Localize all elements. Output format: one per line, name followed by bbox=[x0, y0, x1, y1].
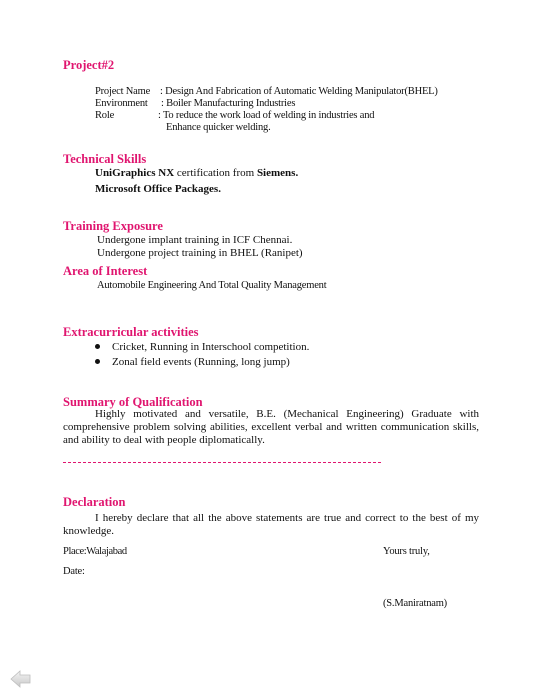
project-name-label: Project Name bbox=[95, 86, 150, 97]
technical-skills-heading: Technical Skills bbox=[63, 152, 146, 167]
extracurricular-item: Zonal field events (Running, long jump) bbox=[95, 356, 290, 368]
skill-siemens: Siemens. bbox=[257, 167, 298, 179]
place-text: Place:Walajabad bbox=[63, 546, 127, 557]
bullet-icon bbox=[95, 344, 100, 349]
interest-heading: Area of Interest bbox=[63, 264, 147, 279]
skill-unigraphics-bold: UniGraphics NX bbox=[95, 167, 174, 179]
skill-msoffice: Microsoft Office Packages. bbox=[95, 183, 221, 195]
signature-text: (S.Maniratnam) bbox=[383, 598, 447, 609]
role-value: : To reduce the work load of welding in … bbox=[158, 110, 374, 121]
project-heading: Project#2 bbox=[63, 58, 114, 73]
closing-text: Yours truly, bbox=[383, 546, 430, 557]
interest-text: Automobile Engineering And Total Quality… bbox=[97, 280, 326, 291]
role-continuation: Enhance quicker welding. bbox=[166, 122, 271, 133]
training-item: Undergone project training in BHEL (Rani… bbox=[97, 247, 303, 259]
training-heading: Training Exposure bbox=[63, 219, 163, 234]
declaration-text: I hereby declare that all the above stat… bbox=[63, 512, 479, 538]
role-label: Role bbox=[95, 110, 114, 121]
bullet-icon bbox=[95, 359, 100, 364]
environment-label: Environment bbox=[95, 98, 148, 109]
divider bbox=[63, 462, 381, 463]
project-name-value: : Design And Fabrication of Automatic We… bbox=[160, 86, 438, 97]
skill-unigraphics-text: certification from bbox=[174, 167, 257, 179]
summary-text: Highly motivated and versatile, B.E. (Me… bbox=[63, 408, 479, 447]
extracurricular-item: Cricket, Running in Interschool competit… bbox=[95, 341, 309, 353]
declaration-heading: Declaration bbox=[63, 495, 125, 510]
extracurricular-item-text: Cricket, Running in Interschool competit… bbox=[112, 341, 309, 353]
back-arrow-icon[interactable] bbox=[10, 670, 32, 693]
extracurricular-heading: Extracurricular activities bbox=[63, 325, 199, 340]
environment-value: : Boiler Manufacturing Industries bbox=[161, 98, 295, 109]
training-item: Undergone implant training in ICF Chenna… bbox=[97, 234, 292, 246]
extracurricular-item-text: Zonal field events (Running, long jump) bbox=[112, 356, 290, 368]
skill-unigraphics: UniGraphics NX certification from Siemen… bbox=[95, 167, 298, 179]
date-text: Date: bbox=[63, 566, 85, 577]
